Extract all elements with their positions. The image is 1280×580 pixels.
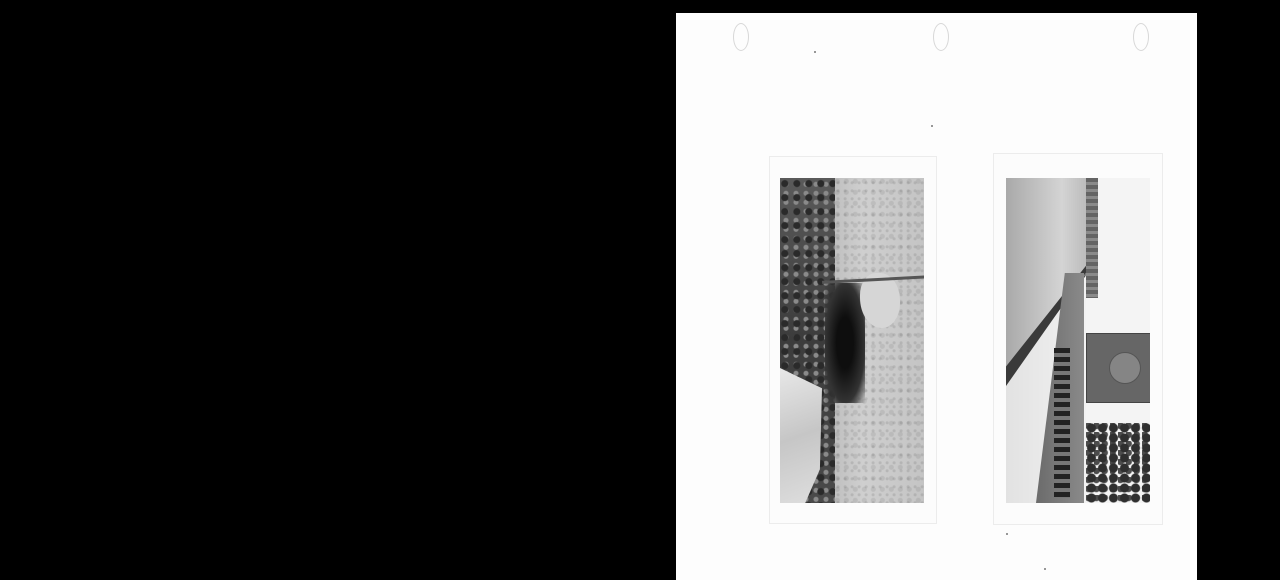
tree-line: [1084, 178, 1098, 298]
broken-hole: [825, 283, 865, 403]
window-row: [1054, 348, 1070, 498]
scan-speck: [814, 51, 816, 53]
photo-cracked-curb: [780, 178, 924, 503]
clock-tower: [1086, 333, 1150, 403]
clock-face: [1109, 352, 1141, 384]
scan-speck: [1006, 533, 1008, 535]
scanned-page: [676, 13, 1197, 580]
scan-speck: [1044, 568, 1046, 570]
punch-hole-mark: [733, 23, 749, 51]
photo-mount-left: [769, 156, 937, 524]
photo-building-facade: [1006, 178, 1150, 503]
photo-mount-right: [993, 153, 1163, 525]
punch-hole-mark: [1133, 23, 1149, 51]
punch-hole-mark: [933, 23, 949, 51]
foliage: [1086, 423, 1150, 503]
scan-speck: [931, 125, 933, 127]
